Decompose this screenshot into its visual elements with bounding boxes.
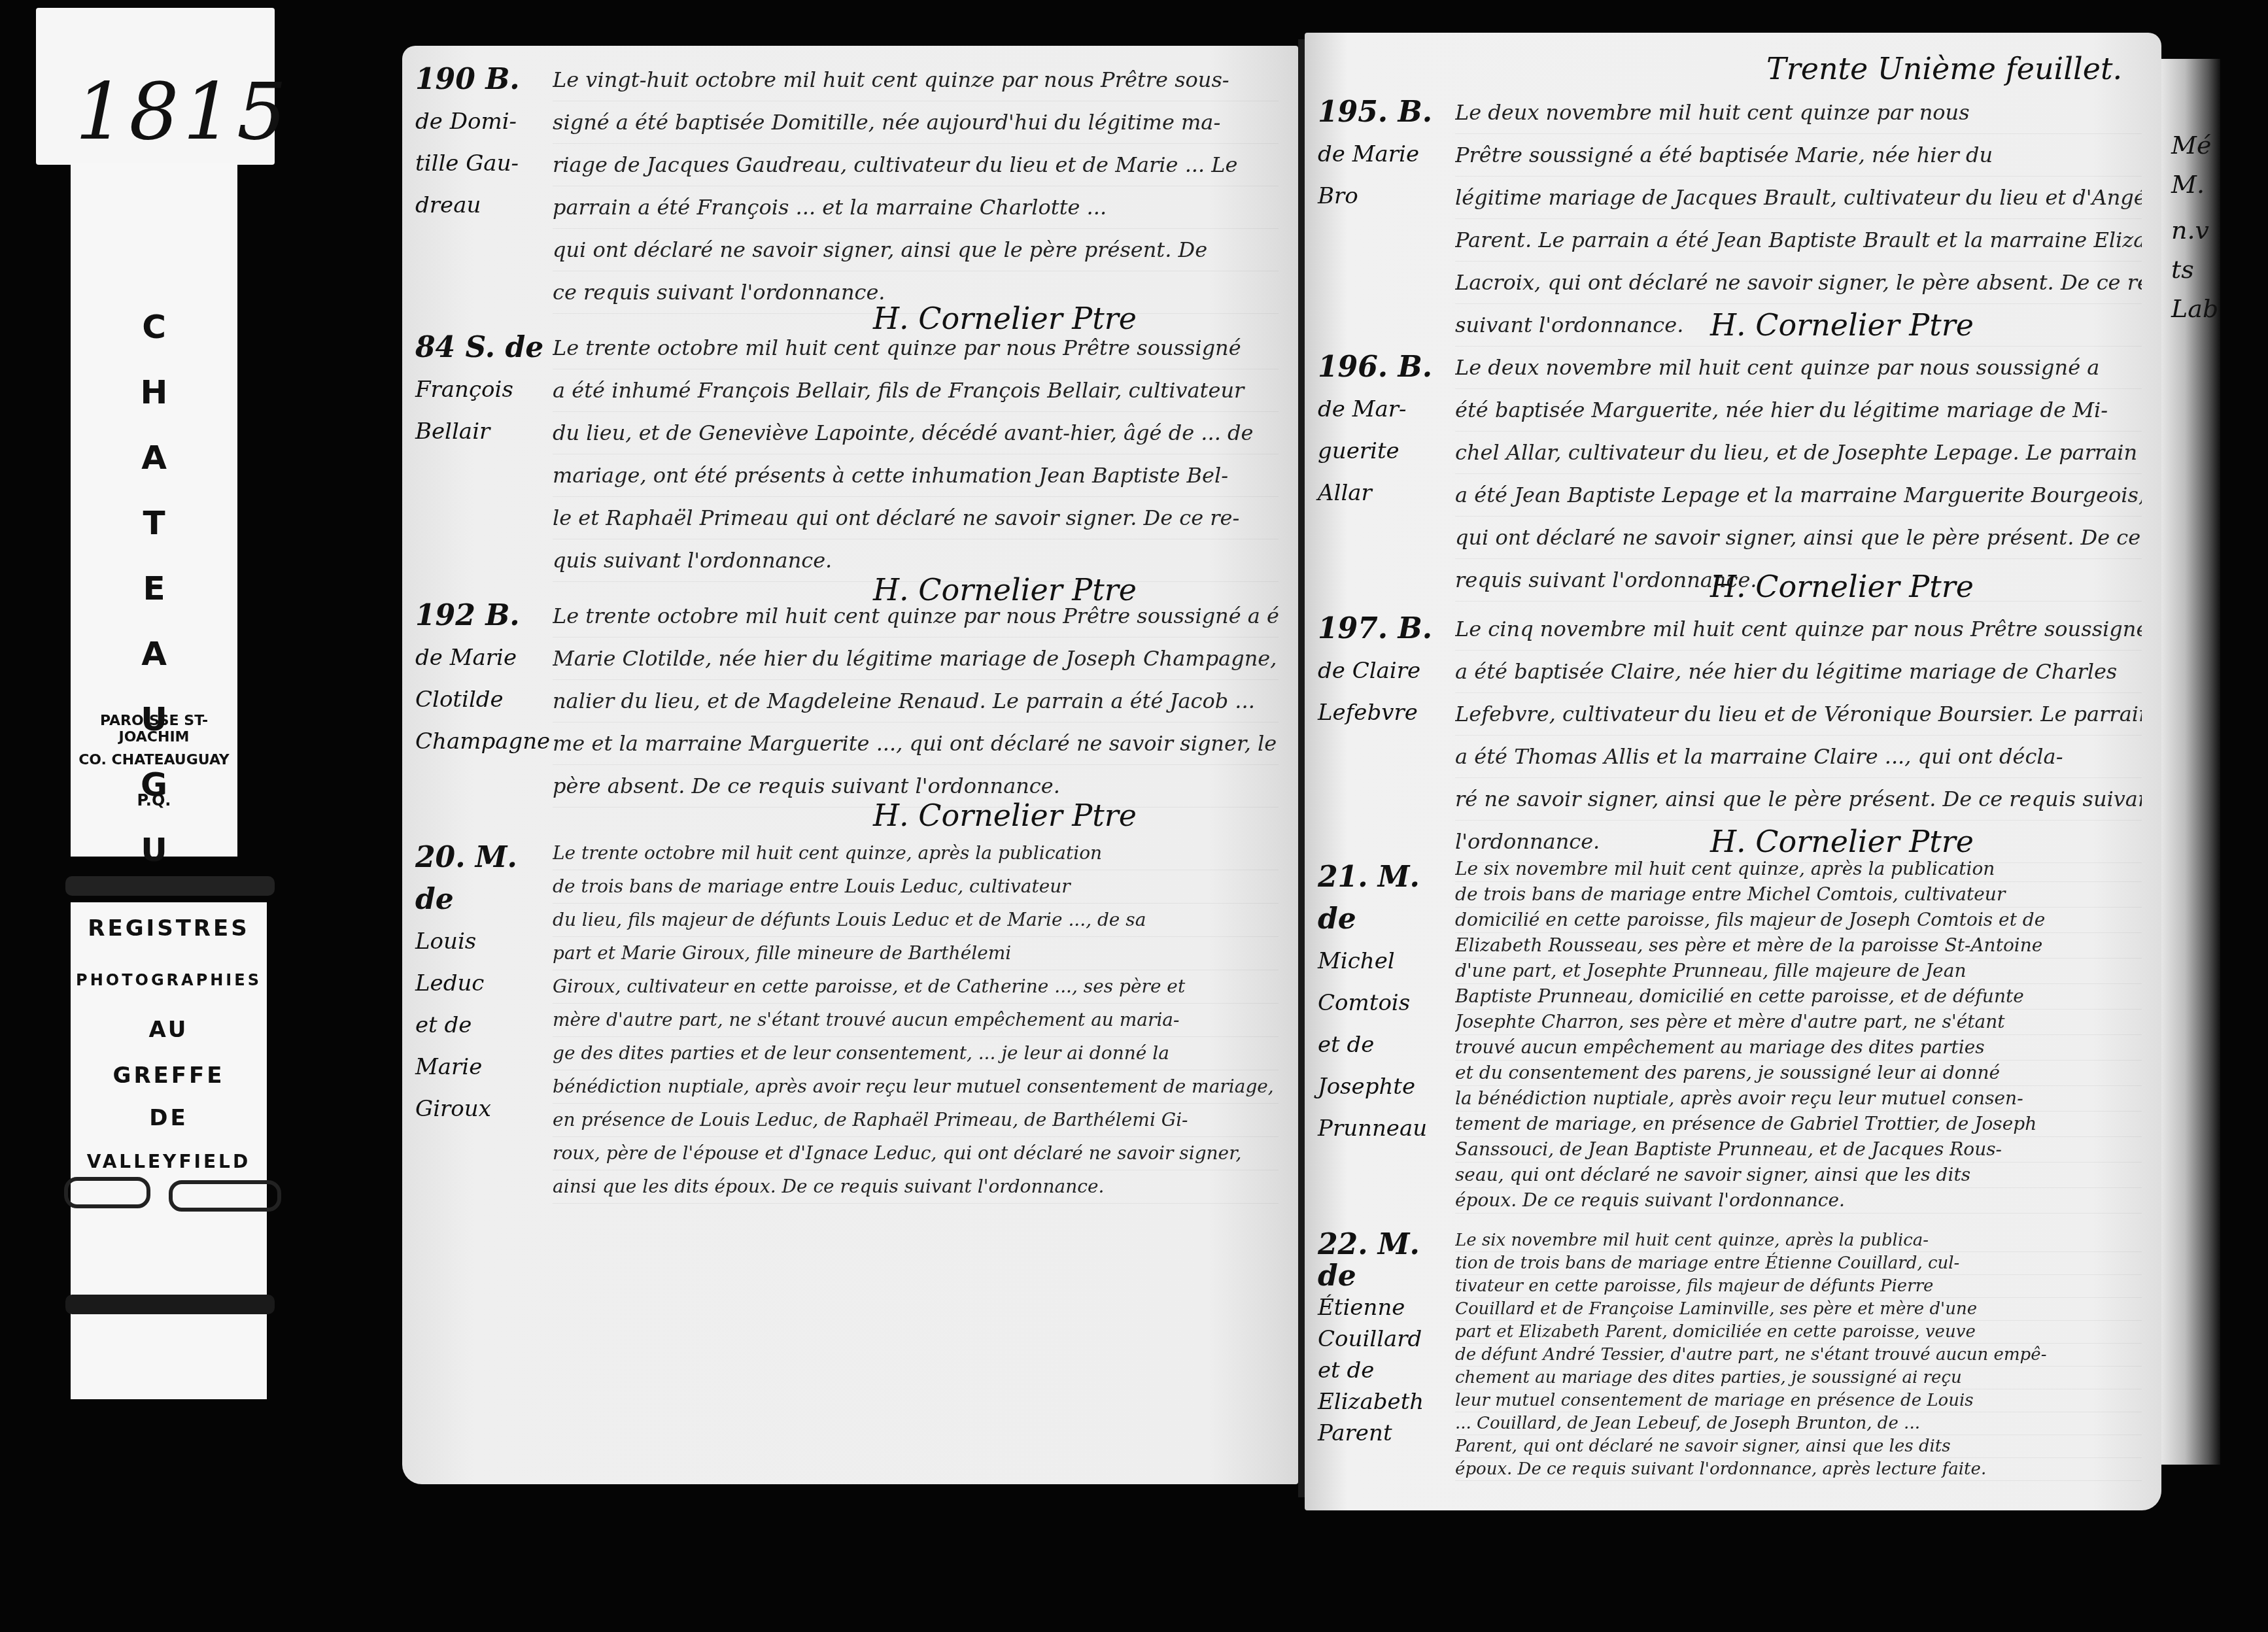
edge-mark: Lab bbox=[2171, 294, 2218, 323]
text-line: Giroux, cultivateur en cette paroisse, e… bbox=[553, 970, 1279, 1004]
registre-label-card: REGISTRES PHOTOGRAPHIES AU GREFFE DE VAL… bbox=[71, 902, 267, 1399]
parish-letter: U bbox=[71, 817, 237, 883]
margin-line: Louis Leduc bbox=[415, 921, 546, 1004]
text-line: Le six novembre mil huit cent quinze, ap… bbox=[1455, 1229, 2142, 1252]
text-line: part et Marie Giroux, fille mineure de B… bbox=[553, 937, 1279, 970]
text-line: mère d'autre part, ne s'étant trouvé auc… bbox=[553, 1004, 1279, 1037]
text-line: de trois bans de mariage entre Michel Co… bbox=[1455, 882, 2142, 908]
edge-mark: Mé bbox=[2171, 131, 2211, 160]
text-line: ré ne savoir signer, ainsi que le père p… bbox=[1455, 778, 2142, 821]
text-line: du lieu, et de Geneviève Lapointe, décéd… bbox=[553, 412, 1279, 454]
text-line: Le deux novembre mil huit cent quinze pa… bbox=[1455, 347, 2142, 389]
entry-text: Le vingt-huit octobre mil huit cent quin… bbox=[553, 59, 1279, 314]
margin-line: Giroux bbox=[415, 1088, 546, 1130]
text-line: qui ont déclaré ne savoir signer, ainsi … bbox=[553, 229, 1279, 271]
text-line: seau, qui ont déclaré ne savoir signer, … bbox=[1455, 1163, 2142, 1188]
text-line: riage de Jacques Gaudreau, cultivateur d… bbox=[553, 144, 1279, 186]
entry-margin-note: 84 S. de François Bellair bbox=[415, 327, 546, 452]
registre-line: VALLEYFIELD bbox=[71, 1151, 267, 1172]
priest-signature: H. Cornelier Ptre bbox=[1710, 307, 1974, 343]
text-line: de trois bans de mariage entre Louis Led… bbox=[553, 870, 1279, 904]
year-label: 1815 bbox=[75, 67, 290, 158]
margin-line: dreau bbox=[415, 184, 546, 226]
margin-line: et de bbox=[1318, 1355, 1449, 1386]
text-line: été baptisée Marguerite, née hier du lég… bbox=[1455, 389, 2142, 432]
text-line: domicilié en cette paroisse, fils majeur… bbox=[1455, 908, 2142, 933]
text-line: Le vingt-huit octobre mil huit cent quin… bbox=[553, 59, 1279, 101]
margin-line: et de bbox=[1318, 1024, 1449, 1066]
county-label: CO. CHATEAUGUAY bbox=[71, 752, 237, 768]
right-register-page: Trente Unième feuillet. 195. B. de Marie… bbox=[1305, 33, 2161, 1510]
text-line: tement de mariage, en présence de Gabrie… bbox=[1455, 1112, 2142, 1137]
text-line: bénédiction nuptiale, après avoir reçu l… bbox=[553, 1070, 1279, 1104]
text-line: chel Allar, cultivateur du lieu, et de J… bbox=[1455, 432, 2142, 474]
entry-margin-note: 190 B. de Domi- tille Gau- dreau bbox=[415, 59, 546, 226]
entry-text: Le six novembre mil huit cent quinze, ap… bbox=[1455, 1229, 2142, 1481]
parish-letter: H bbox=[71, 360, 237, 425]
text-line: nalier du lieu, et de Magdeleine Renaud.… bbox=[553, 680, 1279, 722]
text-line: époux. De ce requis suivant l'ordonnance… bbox=[1455, 1188, 2142, 1214]
parish-letter: C bbox=[71, 294, 237, 360]
margin-line: et de bbox=[415, 1004, 546, 1046]
margin-line: Lefebvre bbox=[1318, 692, 1449, 734]
text-line: Marie Clotilde, née hier du légitime mar… bbox=[553, 637, 1279, 680]
entry-text: Le deux novembre mil huit cent quinze pa… bbox=[1455, 347, 2142, 602]
folio-header: Trente Unième feuillet. bbox=[1766, 51, 2122, 86]
paper-clip-icon bbox=[169, 1180, 281, 1212]
entry-margin-note: 22. M. de Étienne Couillard et de Elizab… bbox=[1318, 1229, 1449, 1449]
margin-line: Josephte bbox=[1318, 1066, 1449, 1108]
margin-line: Elizabeth bbox=[1318, 1386, 1449, 1418]
rubber-band bbox=[65, 1295, 275, 1314]
text-line: tion de trois bans de mariage entre Étie… bbox=[1455, 1252, 2142, 1275]
text-line: a été Jean Baptiste Lepage et la marrain… bbox=[1455, 474, 2142, 517]
margin-line: Champagne bbox=[415, 721, 546, 762]
text-line: mariage, ont été présents à cette inhuma… bbox=[553, 454, 1279, 497]
entry-number: 22. M. de bbox=[1318, 1229, 1449, 1292]
text-line: Josephte Charron, ses père et mère d'aut… bbox=[1455, 1010, 2142, 1035]
text-line: d'une part, et Josephte Prunneau, fille … bbox=[1455, 959, 2142, 984]
margin-line: Prunneau bbox=[1318, 1108, 1449, 1149]
registre-line: PHOTOGRAPHIES bbox=[71, 971, 267, 989]
entry-margin-note: 196. B. de Mar- guerite Allar bbox=[1318, 347, 1449, 514]
margin-line: Michel bbox=[1318, 940, 1449, 982]
parish-letter: A bbox=[71, 621, 237, 687]
entry-margin-note: 21. M. de Michel Comtois et de Josephte … bbox=[1318, 857, 1449, 1149]
entry-margin-note: 20. M. de Louis Leduc et de Marie Giroux bbox=[415, 837, 546, 1130]
entry-number: 84 S. de bbox=[415, 327, 546, 369]
text-line: me et la marraine Marguerite ..., qui on… bbox=[553, 722, 1279, 765]
text-line: ainsi que les dits époux. De ce requis s… bbox=[553, 1170, 1279, 1204]
text-line: chement au mariage des dites parties, je… bbox=[1455, 1367, 2142, 1389]
margin-line: Parent bbox=[1318, 1418, 1449, 1449]
registre-line: REGISTRES bbox=[71, 915, 267, 942]
text-line: le et Raphaël Primeau qui ont déclaré ne… bbox=[553, 497, 1279, 539]
parish-letter: E bbox=[71, 556, 237, 621]
text-line: roux, père de l'épouse et d'Ignace Leduc… bbox=[553, 1137, 1279, 1170]
text-line: Prêtre soussigné a été baptisée Marie, n… bbox=[1455, 134, 2142, 177]
text-line: leur mutuel consentement de mariage en p… bbox=[1455, 1389, 2142, 1412]
text-line: époux. De ce requis suivant l'ordonnance… bbox=[1455, 1458, 2142, 1481]
paper-clip-icon bbox=[64, 1177, 150, 1208]
text-line: a été inhumé François Bellair, fils de F… bbox=[553, 369, 1279, 412]
text-line: de défunt André Tessier, d'autre part, n… bbox=[1455, 1344, 2142, 1367]
margin-line: Bro bbox=[1318, 175, 1449, 217]
margin-line: François bbox=[415, 369, 546, 411]
entry-number: 190 B. bbox=[415, 59, 546, 101]
text-line: tivateur en cette paroisse, fils majeur … bbox=[1455, 1275, 2142, 1298]
text-line: ge des dites parties et de leur consente… bbox=[553, 1037, 1279, 1070]
entry-number: 197. B. bbox=[1318, 608, 1449, 650]
text-line: Lacroix, qui ont déclaré ne savoir signe… bbox=[1455, 262, 2142, 304]
entry-number: 20. M. de bbox=[415, 837, 546, 921]
text-line: Parent, qui ont déclaré ne savoir signer… bbox=[1455, 1435, 2142, 1458]
text-line: Baptiste Prunneau, domicilié en cette pa… bbox=[1455, 984, 2142, 1010]
text-line: a été baptisée Claire, née hier du légit… bbox=[1455, 651, 2142, 693]
margin-line: de Marie bbox=[415, 637, 546, 679]
parish-letter: T bbox=[71, 490, 237, 556]
text-line: la bénédiction nuptiale, après avoir reç… bbox=[1455, 1086, 2142, 1112]
priest-signature: H. Cornelier Ptre bbox=[1710, 569, 1974, 604]
text-line: Elizabeth Rousseau, ses père et mère de … bbox=[1455, 933, 2142, 959]
text-line: Le deux novembre mil huit cent quinze pa… bbox=[1455, 92, 2142, 134]
parish-label-strip: C H A T E A U G U A Y PAROISSE ST-JOACHI… bbox=[71, 163, 237, 857]
province-label: P.Q. bbox=[71, 791, 237, 809]
text-line: en présence de Louis Leduc, de Raphaël P… bbox=[553, 1104, 1279, 1137]
margin-line: Marie bbox=[415, 1046, 546, 1088]
margin-line: Comtois bbox=[1318, 982, 1449, 1024]
margin-line: tille Gau- bbox=[415, 143, 546, 184]
margin-line: de Marie bbox=[1318, 133, 1449, 175]
margin-line: Étienne bbox=[1318, 1292, 1449, 1323]
text-line: Le cinq novembre mil huit cent quinze pa… bbox=[1455, 608, 2142, 651]
text-line: légitime mariage de Jacques Brault, cult… bbox=[1455, 177, 2142, 219]
text-line: Le trente octobre mil huit cent quinze p… bbox=[553, 327, 1279, 369]
text-line: Couillard et de Françoise Laminville, se… bbox=[1455, 1298, 2142, 1321]
entry-text: Le trente octobre mil huit cent quinze p… bbox=[553, 327, 1279, 582]
registre-line: AU bbox=[71, 1017, 267, 1043]
margin-line: de Domi- bbox=[415, 101, 546, 143]
entry-text: Le six novembre mil huit cent quinze, ap… bbox=[1455, 857, 2142, 1214]
margin-line: guerite bbox=[1318, 430, 1449, 472]
entry-margin-note: 197. B. de Claire Lefebvre bbox=[1318, 608, 1449, 734]
text-line: ... Couillard, de Jean Lebeuf, de Joseph… bbox=[1455, 1412, 2142, 1435]
text-line: signé a été baptisée Domitille, née aujo… bbox=[553, 101, 1279, 144]
margin-line: de Claire bbox=[1318, 650, 1449, 692]
entry-text: Le trente octobre mil huit cent quinze, … bbox=[553, 837, 1279, 1204]
registre-line: DE bbox=[71, 1105, 267, 1131]
text-line: Le six novembre mil huit cent quinze, ap… bbox=[1455, 857, 2142, 882]
margin-line: de Mar- bbox=[1318, 388, 1449, 430]
text-line: trouvé aucun empêchement au mariage des … bbox=[1455, 1035, 2142, 1061]
left-register-page: 190 B. de Domi- tille Gau- dreau Le ving… bbox=[402, 46, 1298, 1484]
year-card: 1815 bbox=[36, 8, 275, 165]
text-line: Parent. Le parrain a été Jean Baptiste B… bbox=[1455, 219, 2142, 262]
edge-mark: n.v bbox=[2171, 216, 2209, 245]
entry-margin-note: 192 B. de Marie Clotilde Champagne bbox=[415, 595, 546, 762]
registre-line: GREFFE bbox=[71, 1062, 267, 1089]
text-line: qui ont déclaré ne savoir signer, ainsi … bbox=[1455, 517, 2142, 559]
edge-mark: M. bbox=[2171, 170, 2205, 199]
parish-label: PAROISSE ST-JOACHIM bbox=[71, 713, 237, 745]
entry-number: 195. B. bbox=[1318, 92, 1449, 133]
text-line: Lefebvre, cultivateur du lieu et de Véro… bbox=[1455, 693, 2142, 736]
parish-letter: A bbox=[71, 425, 237, 490]
entry-number: 192 B. bbox=[415, 595, 546, 637]
priest-signature: H. Cornelier Ptre bbox=[1710, 824, 1974, 859]
text-line: parrain a été François ... et la marrain… bbox=[553, 186, 1279, 229]
text-line: part et Elizabeth Parent, domiciliée en … bbox=[1455, 1321, 2142, 1344]
text-line: Le trente octobre mil huit cent quinze, … bbox=[553, 837, 1279, 870]
margin-line: Bellair bbox=[415, 411, 546, 452]
text-line: et du consentement des parens, je soussi… bbox=[1455, 1061, 2142, 1086]
text-line: Le trente octobre mil huit cent quinze p… bbox=[553, 595, 1279, 637]
entry-number: 196. B. bbox=[1318, 347, 1449, 388]
margin-line: Clotilde bbox=[415, 679, 546, 721]
text-line: du lieu, fils majeur de défunts Louis Le… bbox=[553, 904, 1279, 937]
entry-number: 21. M. de bbox=[1318, 857, 1449, 940]
margin-line: Couillard bbox=[1318, 1323, 1449, 1355]
entry-margin-note: 195. B. de Marie Bro bbox=[1318, 92, 1449, 217]
text-line: a été Thomas Allis et la marraine Claire… bbox=[1455, 736, 2142, 778]
text-line: Sanssouci, de Jean Baptiste Prunneau, et… bbox=[1455, 1137, 2142, 1163]
edge-mark: ts bbox=[2171, 255, 2194, 284]
priest-signature: H. Cornelier Ptre bbox=[873, 798, 1137, 833]
margin-line: Allar bbox=[1318, 472, 1449, 514]
rubber-band bbox=[65, 876, 275, 896]
entry-text: Le trente octobre mil huit cent quinze p… bbox=[553, 595, 1279, 807]
